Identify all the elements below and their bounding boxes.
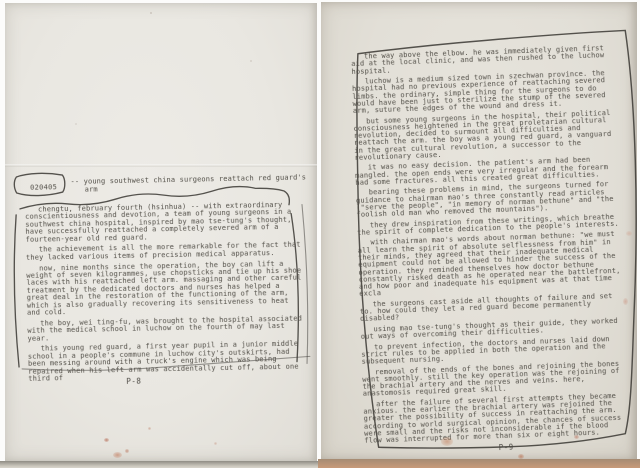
stain [574, 435, 579, 439]
doc-number: 020405 [30, 183, 57, 192]
body-paragraph: the achievement is all the more remarkab… [26, 242, 304, 262]
stain [441, 437, 453, 446]
stain [125, 449, 129, 453]
photo-bottom-edge-left [0, 461, 318, 468]
left-page-scan: 020405 -- young southwest china surgeons… [5, 3, 317, 461]
stain [623, 298, 628, 305]
body-paragraph: after the failure of several first attem… [363, 392, 630, 445]
page-number-p8: P-8 [126, 377, 141, 386]
stain [148, 427, 151, 430]
right-page-body: the way above the elbow. he was immediat… [351, 45, 631, 456]
body-paragraph: with chairman mao's words about norman b… [357, 231, 625, 299]
body-paragraph: chengtu, february fourth (hsinhua) -- wi… [25, 201, 304, 243]
body-paragraph: the boy, wei ting-fu, was brought to the… [27, 315, 305, 343]
body-paragraph: this young red guard, a first year pupil… [28, 341, 307, 383]
doc-number-box: 020405 [20, 178, 66, 196]
headline: -- young southwest china surgeons reatta… [70, 173, 308, 194]
right-page-scan: the way above the elbow. he was immediat… [321, 2, 637, 460]
left-page-body: chengtu, february fourth (hsinhua) -- wi… [25, 201, 306, 386]
page-number-p9: P-9 [499, 439, 631, 451]
body-paragraph: luchow is a medium sized town in szechwa… [352, 70, 619, 116]
stain [113, 452, 122, 458]
body-paragraph: but some young surgeons in the hospital,… [353, 109, 620, 162]
stain [214, 442, 217, 445]
scanned-document-photo: 020405 -- young southwest china surgeons… [0, 0, 640, 468]
stain [104, 438, 109, 442]
stain [626, 231, 632, 236]
photo-bottom-edge-right [318, 459, 640, 468]
frame-left-line [13, 215, 19, 367]
body-paragraph: now, nine months since the operation, th… [26, 260, 305, 317]
